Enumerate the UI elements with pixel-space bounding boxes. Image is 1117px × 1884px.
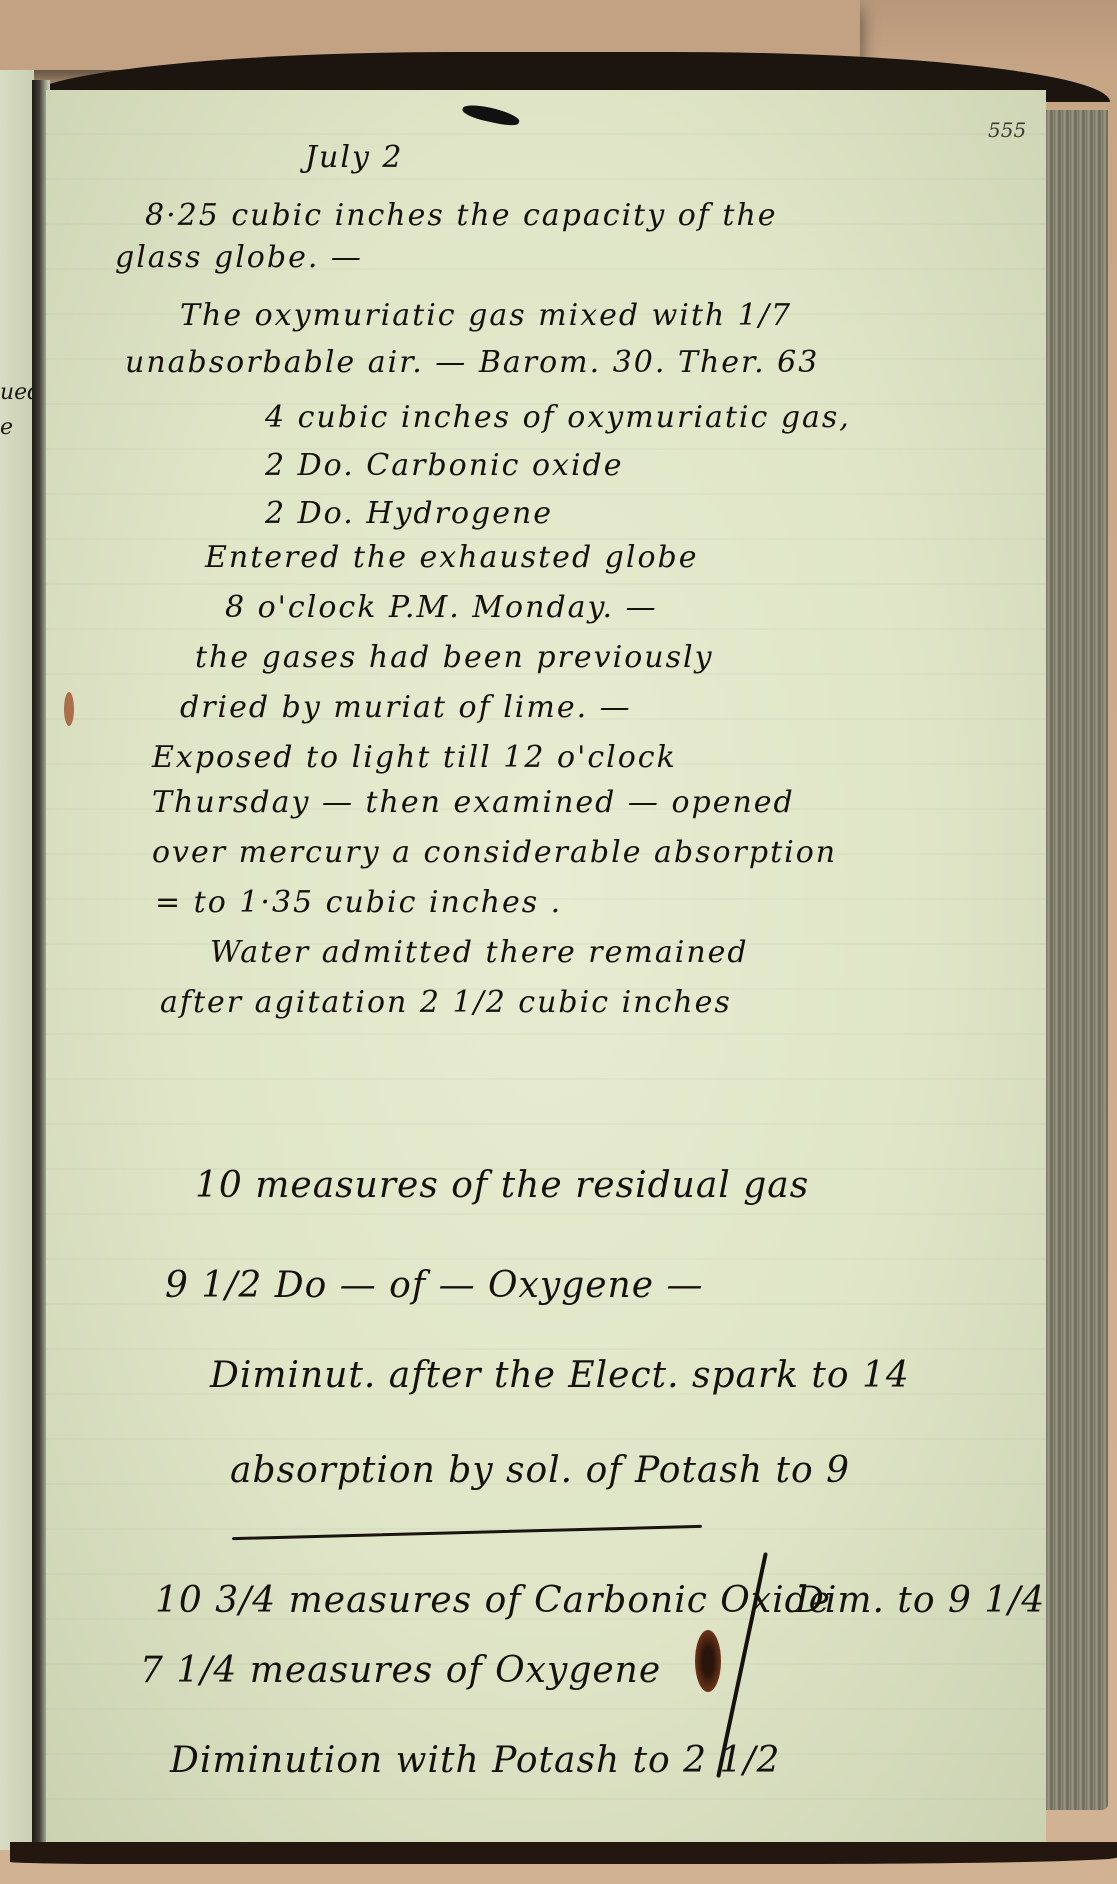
page-stack-edge	[1046, 110, 1108, 1810]
manuscript-line: dried by muriat of lime. —	[180, 690, 632, 725]
manuscript-line: the gases had been previously	[195, 640, 714, 675]
manuscript-line: Thursday — then examined — opened	[152, 785, 795, 820]
manuscript-line: 7 1/4 measures of Oxygene	[140, 1650, 661, 1691]
manuscript-line: 8 o'clock P.M. Monday. —	[225, 590, 658, 625]
manuscript-line: unabsorbable air. — Barom. 30. Ther. 63	[125, 345, 819, 380]
burn-mark	[695, 1630, 721, 1692]
manuscript-line: 9 1/2 Do — of — Oxygene —	[165, 1265, 703, 1306]
manuscript-line: glass globe. —	[115, 240, 363, 275]
manuscript-line: = to 1·35 cubic inches .	[155, 885, 562, 920]
manuscript-line: over mercury a considerable absorption	[152, 835, 837, 870]
left-page-fragment: e	[0, 415, 32, 440]
manuscript-line: 8·25 cubic inches the capacity of the	[145, 198, 778, 233]
manuscript-line: Entered the exhausted globe	[205, 540, 699, 575]
manuscript-line: Exposed to light till 12 o'clock	[152, 740, 677, 775]
manuscript-line: Dim. to 9 1/4	[795, 1580, 1045, 1621]
left-page-edge: ued e	[0, 70, 34, 1850]
manuscript-line: 4 cubic inches of oxymuriatic gas,	[265, 400, 851, 435]
page-number: 555	[988, 118, 1026, 142]
manuscript-line: absorption by sol. of Potash to 9	[230, 1450, 850, 1491]
left-page-fragment: ued	[0, 380, 32, 405]
rust-stain	[64, 692, 74, 726]
manuscript-line: Water admitted there remained	[210, 935, 749, 970]
manuscript-line: The oxymuriatic gas mixed with 1/7	[180, 298, 792, 333]
manuscript-line: 2 Do. Carbonic oxide	[265, 448, 624, 483]
manuscript-line: Diminut. after the Elect. spark to 14	[210, 1355, 910, 1396]
manuscript-line: 10 3/4 measures of Carbonic Oxide	[155, 1580, 831, 1621]
manuscript-line: Diminution with Potash to 2 1/2	[170, 1740, 780, 1781]
manuscript-line: after agitation 2 1/2 cubic inches	[160, 985, 732, 1020]
bottom-shadow	[10, 1842, 1117, 1864]
manuscript-line: 2 Do. Hydrogene	[265, 496, 553, 531]
manuscript-line: 10 measures of the residual gas	[195, 1165, 809, 1206]
entry-date: July 2	[305, 140, 404, 175]
